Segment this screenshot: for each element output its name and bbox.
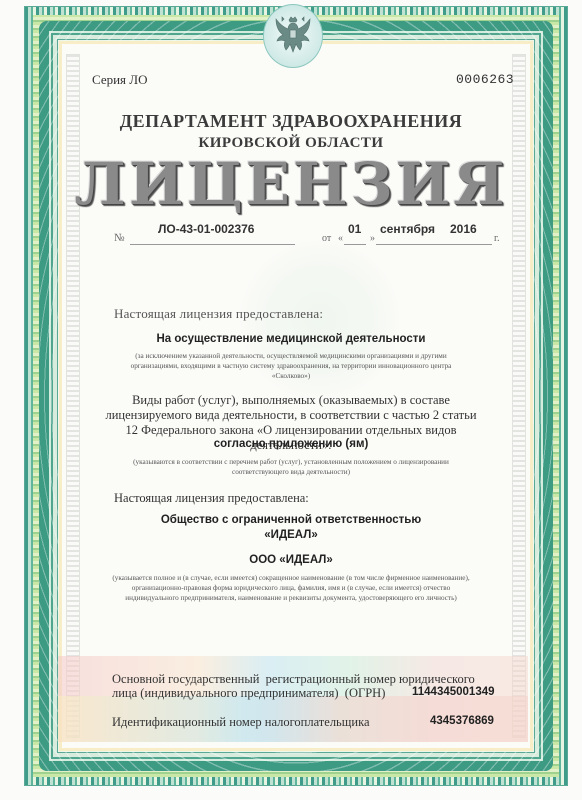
date-month: сентября — [380, 222, 435, 236]
works-value: согласно приложению (ям) — [62, 438, 520, 450]
date-from-label: от — [322, 233, 331, 244]
licensed-activity: На осуществление медицинской деятельност… — [62, 333, 520, 345]
licensee-full-name-line-1: Общество с ограниченной ответственностью — [62, 513, 520, 528]
series-label: Серия ЛО — [92, 72, 148, 88]
licensee-full-name-line-2: «ИДЕАЛ» — [62, 528, 520, 543]
licensee-full-name: Общество с ограниченной ответственностью… — [62, 513, 520, 543]
licensee-short-name: ООО «ИДЕАЛ» — [62, 554, 520, 566]
date-day: 01 — [348, 222, 361, 236]
date-year-suffix: г. — [494, 233, 499, 244]
ogrn-label-line-2: лица (индивидуального предпринимателя) (… — [112, 686, 452, 700]
number-label: № — [114, 232, 125, 244]
document-title: ЛИЦЕНЗИЯ — [62, 152, 520, 216]
works-note: (указываются в соответствии с перечнем р… — [120, 457, 462, 477]
serial-number: 0006263 — [456, 72, 514, 87]
date-quote-open: « — [338, 233, 343, 244]
date-quote-close: » — [370, 233, 375, 244]
double-headed-eagle-emblem-icon — [263, 4, 323, 68]
day-underline — [344, 244, 366, 245]
issuer-name: ДЕПАРТАМЕНТ ЗДРАВООХРАНЕНИЯ КИРОВСКОЙ ОБ… — [62, 110, 520, 154]
ogrn-label: Основной государственный регистрационный… — [112, 672, 452, 700]
month-year-underline — [376, 244, 492, 245]
date-year: 2016 — [450, 222, 477, 236]
inn-label: Идентификационный номер налогоплательщик… — [112, 715, 370, 730]
activity-granted-label: Настоящая лицензия предоставлена: — [114, 306, 323, 322]
number-underline — [130, 244, 295, 245]
activity-note: (за исключением указанной деятельности, … — [120, 351, 462, 381]
ogrn-label-line-1: Основной государственный регистрационный… — [112, 672, 452, 686]
license-number: ЛО-43-01-002376 — [158, 222, 254, 236]
eagle-glyph-icon — [273, 14, 313, 58]
ogrn-value: 1144345001349 — [412, 686, 495, 698]
issuer-line-1: ДЕПАРТАМЕНТ ЗДРАВООХРАНЕНИЯ — [62, 110, 520, 132]
license-number-row: № ЛО-43-01-002376 от « 01 » сентября 201… — [108, 222, 498, 246]
licensee-note: (указывается полное и (в случае, если им… — [110, 573, 472, 603]
licensee-granted-label: Настоящая лицензия предоставлена: — [114, 491, 309, 506]
inn-value: 4345376869 — [430, 715, 494, 727]
